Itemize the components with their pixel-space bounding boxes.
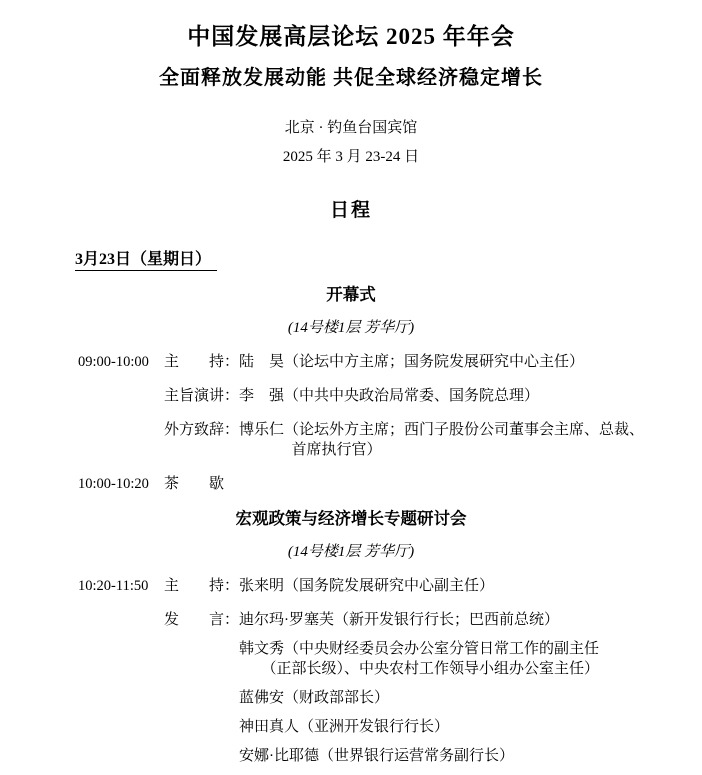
agenda-row: 10:20-11:50主 持：张来明（国务院发展研究中心副主任） [78, 576, 702, 596]
row-content: 博乐仁（论坛外方主席；西门子股份公司董事会主席、总裁、首席执行官） [239, 420, 644, 460]
day-header-label: 3月23日（星期日） [75, 251, 217, 271]
role-label: 外方致辞 [164, 420, 224, 440]
role-label: 主旨演讲 [164, 386, 224, 406]
speaker-text-line: 安娜·比耶德（世界银行运营常务副行长） [239, 746, 599, 766]
speaker-entry: 陆 昊（论坛中方主席；国务院发展研究中心主任） [239, 352, 584, 372]
sessions-container: 开幕式(14号楼1层 芳华厅)09:00-10:00主 持：陆 昊（论坛中方主席… [0, 285, 702, 766]
speaker-text-line: 博乐仁（论坛外方主席；西门子股份公司董事会主席、总裁、 [239, 420, 644, 440]
role-label: 茶 歇 [164, 474, 224, 494]
role-label: 主 持 [164, 576, 224, 596]
row-content: 陆 昊（论坛中方主席；国务院发展研究中心主任） [239, 352, 584, 372]
row-content: 迪尔玛·罗塞芙（新开发银行行长；巴西前总统）韩文秀（中央财经委员会办公室分管日常… [239, 610, 599, 766]
agenda-row: 发 言：迪尔玛·罗塞芙（新开发银行行长；巴西前总统）韩文秀（中央财经委员会办公室… [78, 610, 702, 766]
day-header: 3月23日（星期日） [75, 250, 702, 270]
session-title: 宏观政策与经济增长专题研讨会 [0, 509, 702, 529]
speaker-text-line: 陆 昊（论坛中方主席；国务院发展研究中心主任） [239, 352, 584, 372]
role-label: 发 言 [164, 610, 224, 630]
speaker-text-line: 韩文秀（中央财经委员会办公室分管日常工作的副主任 [239, 639, 599, 659]
speaker-entry: 李 强（中共中央政治局常委、国务院总理） [239, 386, 539, 406]
agenda-row: 10:00-10:20茶 歇 [78, 474, 702, 494]
speaker-entry: 张来明（国务院发展研究中心副主任） [239, 576, 494, 596]
speaker-text-line: 神田真人（亚洲开发银行行长） [239, 717, 599, 737]
role-colon: ： [224, 386, 239, 406]
forum-theme-subtitle: 全面释放发展动能 共促全球经济稳定增长 [0, 65, 702, 91]
session-venue: (14号楼1层 芳华厅) [0, 319, 702, 338]
forum-title: 中国发展高层论坛 2025 年年会 [0, 0, 702, 51]
agenda-document-page: 中国发展高层论坛 2025 年年会 全面释放发展动能 共促全球经济稳定增长 北京… [0, 0, 702, 775]
session-venue: (14号楼1层 芳华厅) [0, 543, 702, 562]
agenda-row: 主旨演讲：李 强（中共中央政治局常委、国务院总理） [78, 386, 702, 406]
speaker-entry: 迪尔玛·罗塞芙（新开发银行行长；巴西前总统） [239, 610, 599, 630]
speaker-entry: 蓝佛安（财政部部长） [239, 688, 599, 708]
time-slot: 09:00-10:00 [78, 352, 164, 372]
session-title: 开幕式 [0, 285, 702, 305]
role-colon: ： [224, 352, 239, 372]
role-colon: ： [224, 420, 239, 440]
row-content: 李 强（中共中央政治局常委、国务院总理） [239, 386, 539, 406]
session-rows: 10:20-11:50主 持：张来明（国务院发展研究中心副主任）发 言：迪尔玛·… [0, 576, 702, 766]
session-block: 宏观政策与经济增长专题研讨会(14号楼1层 芳华厅)10:20-11:50主 持… [0, 509, 702, 766]
speaker-text-line: （正部长级）、中央农村工作领导小组办公室主任） [239, 659, 599, 679]
agenda-row: 外方致辞：博乐仁（论坛外方主席；西门子股份公司董事会主席、总裁、首席执行官） [78, 420, 702, 460]
session-block: 开幕式(14号楼1层 芳华厅)09:00-10:00主 持：陆 昊（论坛中方主席… [0, 285, 702, 494]
forum-dates: 2025 年 3 月 23-24 日 [0, 148, 702, 166]
speaker-text-line: 首席执行官） [239, 440, 644, 460]
forum-location: 北京 · 钓鱼台国宾馆 [0, 119, 702, 137]
role-colon: ： [224, 576, 239, 596]
row-content: 张来明（国务院发展研究中心副主任） [239, 576, 494, 596]
speaker-text-line: 张来明（国务院发展研究中心副主任） [239, 576, 494, 596]
agenda-heading: 日程 [0, 199, 702, 223]
session-rows: 09:00-10:00主 持：陆 昊（论坛中方主席；国务院发展研究中心主任）主旨… [0, 352, 702, 494]
speaker-entry: 神田真人（亚洲开发银行行长） [239, 717, 599, 737]
time-slot: 10:20-11:50 [78, 576, 164, 596]
speaker-entry: 安娜·比耶德（世界银行运营常务副行长） [239, 746, 599, 766]
speaker-text-line: 李 强（中共中央政治局常委、国务院总理） [239, 386, 539, 406]
role-label: 主 持 [164, 352, 224, 372]
speaker-text-line: 迪尔玛·罗塞芙（新开发银行行长；巴西前总统） [239, 610, 599, 630]
speaker-text-line: 蓝佛安（财政部部长） [239, 688, 599, 708]
speaker-entry: 博乐仁（论坛外方主席；西门子股份公司董事会主席、总裁、首席执行官） [239, 420, 644, 460]
role-colon: ： [224, 610, 239, 630]
speaker-entry: 韩文秀（中央财经委员会办公室分管日常工作的副主任（正部长级）、中央农村工作领导小… [239, 639, 599, 679]
time-slot: 10:00-10:20 [78, 474, 164, 494]
agenda-row: 09:00-10:00主 持：陆 昊（论坛中方主席；国务院发展研究中心主任） [78, 352, 702, 372]
